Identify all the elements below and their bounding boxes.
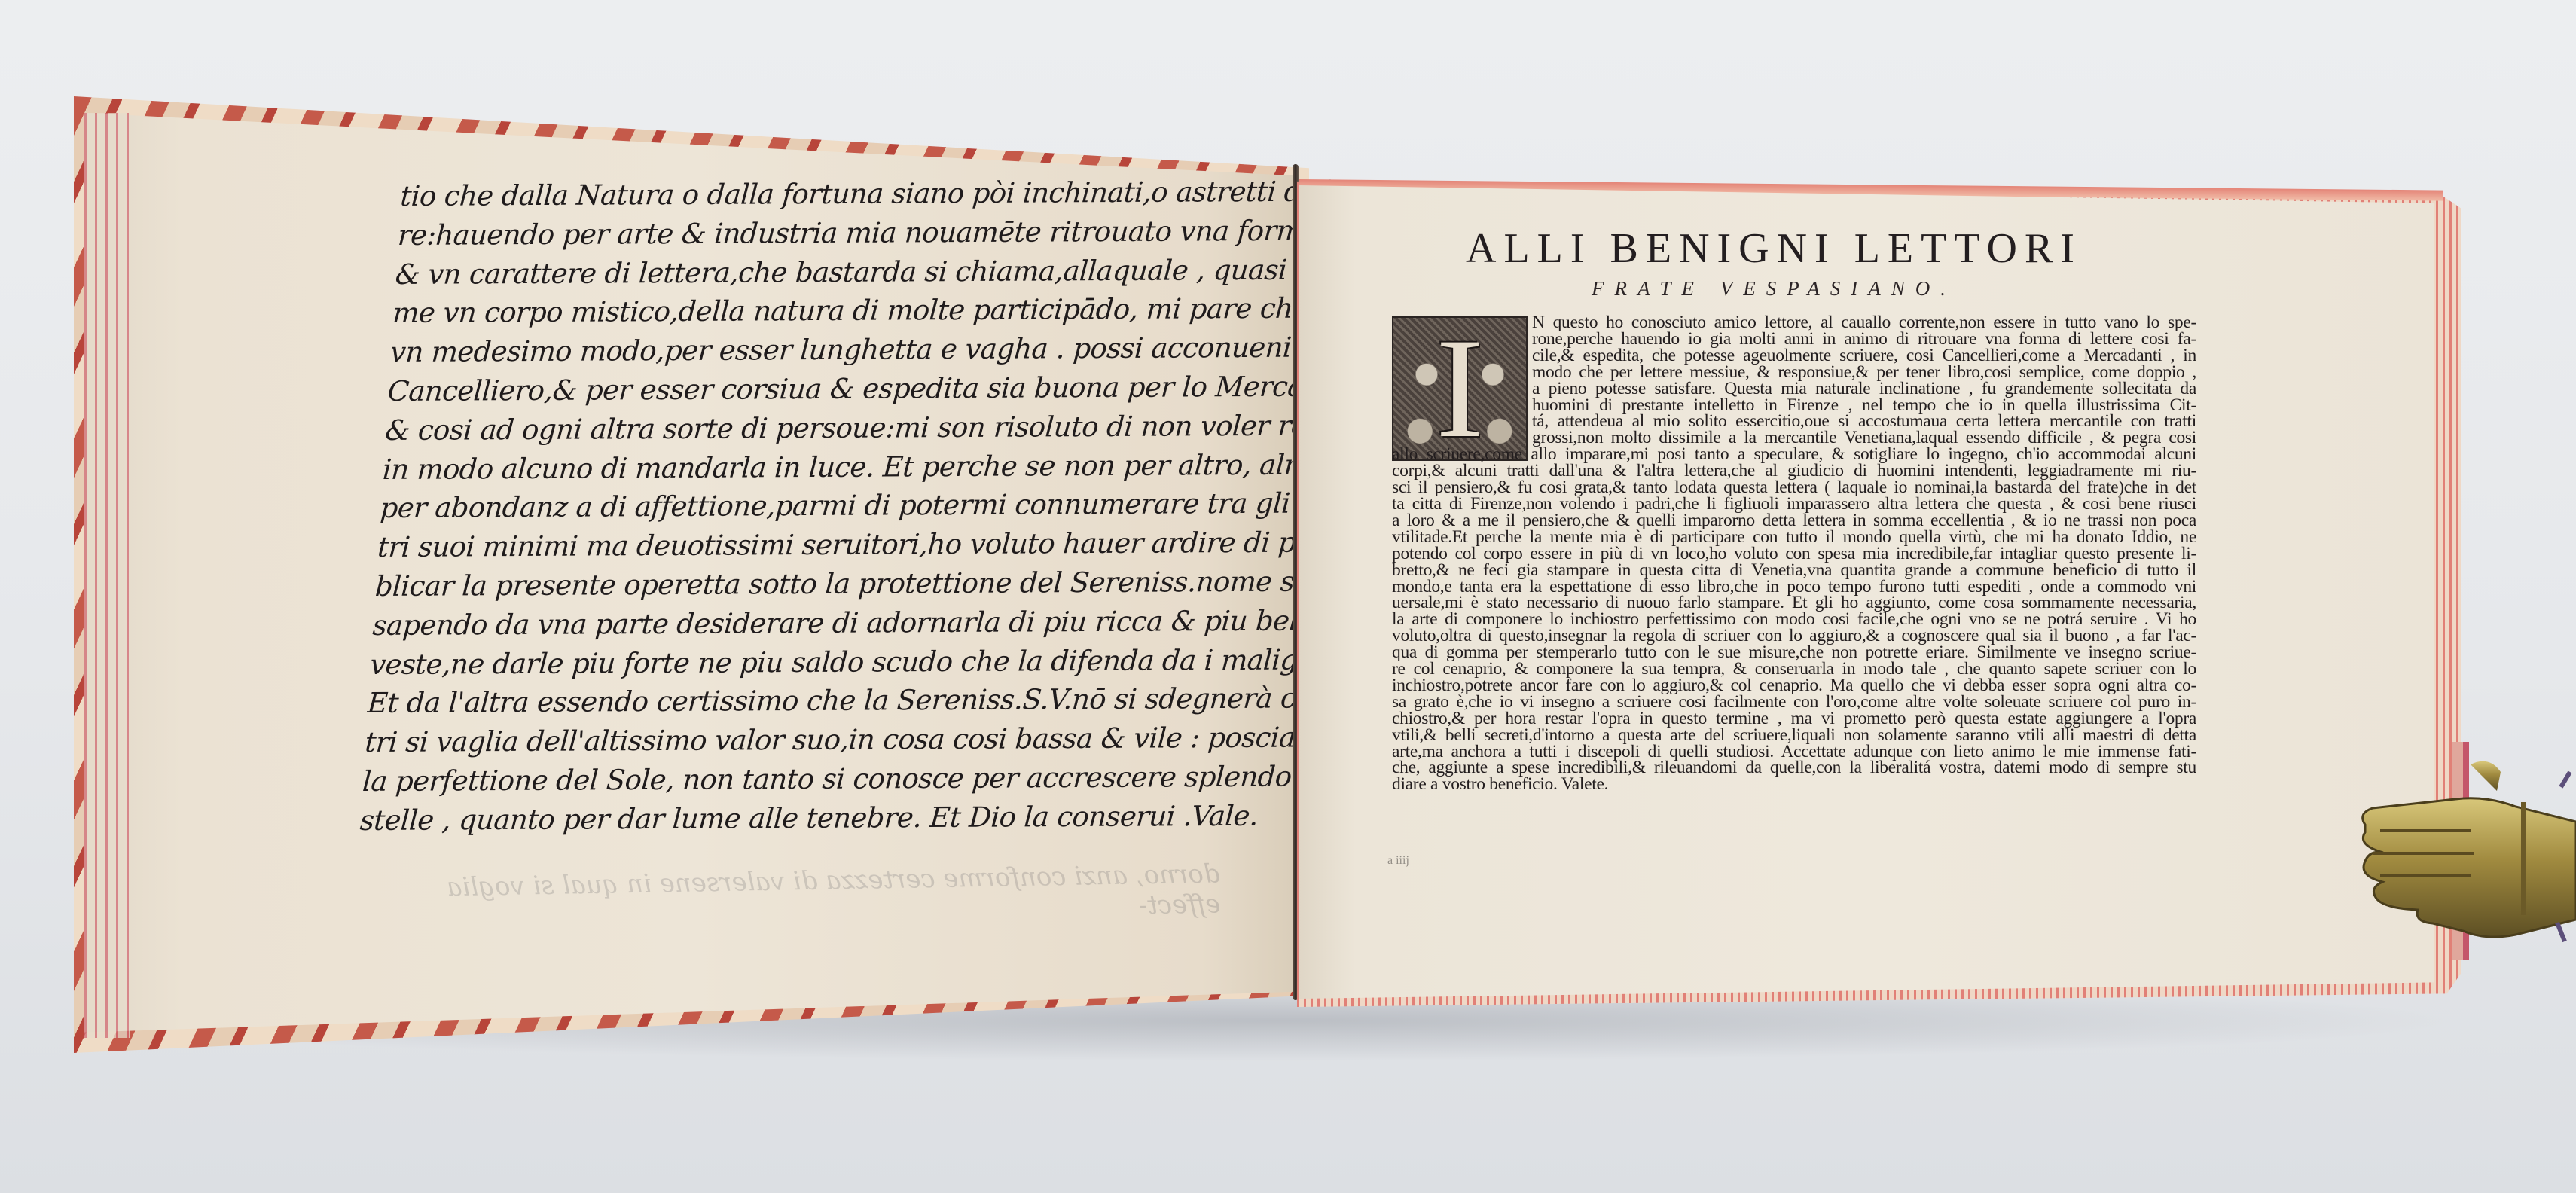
- text-line: & vn carattere di lettera,che bastarda s…: [394, 251, 1256, 294]
- text-line: sapendo da vna parte desiderare di adorn…: [371, 602, 1233, 645]
- text-line: stelle , quanto per dar lume alle tenebr…: [359, 797, 1220, 841]
- right-page-text: N questo ho conosciuto amico lettore, al…: [1392, 315, 2196, 793]
- text-line: in modo alcuno di mandarla in luce. Et p…: [381, 446, 1243, 490]
- text-line: re:hauendo per arte & industria mia noua…: [397, 212, 1259, 255]
- text-line: me vn corpo mistico,della natura di molt…: [392, 289, 1253, 333]
- text-line: la perfettione del Sole, non tanto si co…: [362, 758, 1223, 801]
- text-line: diare a vostro beneficio. Valete.: [1392, 777, 2196, 793]
- text-line: per abondanz a di affettione,parmi di po…: [379, 484, 1241, 528]
- text-line: veste,ne darle piu forte ne piu saldo sc…: [369, 641, 1231, 685]
- text-line: tri si vaglia dell'altissimo valor suo,i…: [364, 719, 1225, 762]
- text-line: blicar la presente operetta sotto la pro…: [374, 563, 1235, 606]
- text-line: tio che dalla Natura o dalla fortuna sia…: [399, 172, 1261, 216]
- text-line: tri suoi minimi ma deuotissimi seruitori…: [377, 523, 1238, 567]
- page-subtitle: FRATE VESPASIANO.: [1510, 277, 2037, 301]
- signature-mark: a iiij: [1387, 854, 1409, 868]
- page-title: ALLI BENIGNI LETTORI: [1435, 224, 2113, 273]
- text-line: vn medesimo modo,per esser lunghetta e v…: [389, 328, 1251, 372]
- brass-hand-clip-icon: [2350, 742, 2576, 960]
- left-page-edges: [84, 113, 130, 1038]
- text-line: & cosi ad ogni altra sorte di persoue:mi…: [384, 407, 1246, 450]
- text-line: Et da l'altra essendo certissimo che la …: [366, 679, 1228, 723]
- left-page-text: tio che dalla Natura o dalla fortuna sia…: [359, 172, 1260, 841]
- text-line: Cancelliero,& per esser corsiua & espedi…: [386, 368, 1248, 411]
